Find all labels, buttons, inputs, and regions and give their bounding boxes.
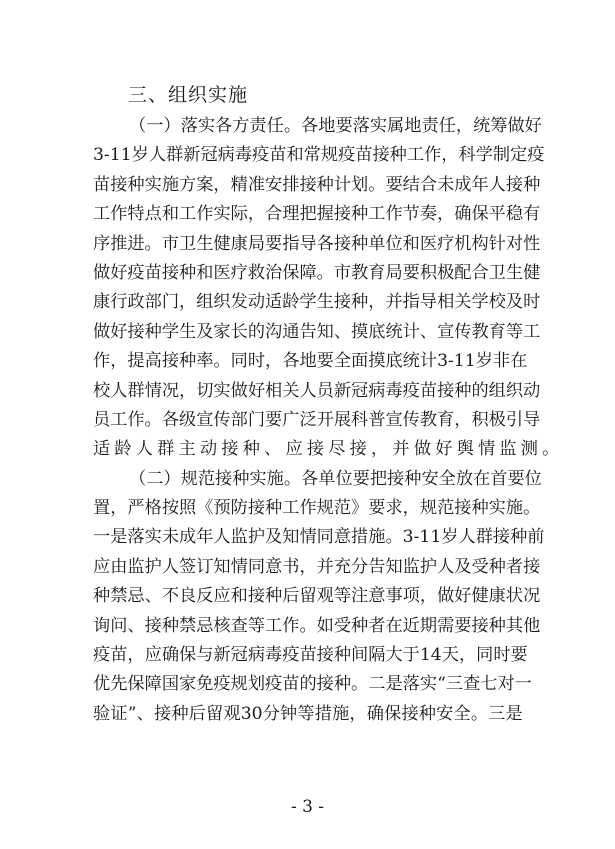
- text-line: 优先保障国家免疫规划疫苗的接种。二是落实“三查七对一: [93, 670, 523, 699]
- text-line: 种禁忌、不良反应和接种后留观等注意事项，做好健康状况: [93, 582, 523, 611]
- text-line: 做好接种学生及家长的沟通告知、摸底统计、宣传教育等工: [93, 318, 523, 347]
- text-line: 苗接种实施方案，精准安排接种计划。要结合未成年人接种: [93, 171, 523, 200]
- text-line: 3-11岁人群新冠病毒疫苗和常规疫苗接种工作，科学制定疫: [93, 141, 523, 170]
- text-line: 员工作。各级宣传部门要广泛开展科普宣传教育，积极引导: [93, 406, 523, 435]
- text-line: 询问、接种禁忌核查等工作。如受种者在近期需要接种其他: [93, 612, 523, 641]
- text-line: 校人群情况，切实做好相关人员新冠病毒疫苗接种的组织动: [93, 377, 523, 406]
- text-line: 康行政部门，组织发动适龄学生接种，并指导相关学校及时: [93, 288, 523, 317]
- text-line: 工作特点和工作实际，合理把握接种工作节奏，确保平稳有: [93, 200, 523, 229]
- text-line: （二）规范接种实施。各单位要把接种安全放在首要位: [93, 465, 523, 494]
- paragraph-standardize: （二）规范接种实施。各单位要把接种安全放在首要位 置，严格按照《预防接种工作规范…: [93, 465, 523, 730]
- text-line: 一是落实未成年人监护及知情同意措施。3-11岁人群接种前: [93, 523, 523, 552]
- paragraph-responsibility: （一）落实各方责任。各地要落实属地责任，统筹做好 3-11岁人群新冠病毒疫苗和常…: [93, 112, 523, 465]
- text-line: 置，严格按照《预防接种工作规范》要求，规范接种实施。: [93, 494, 523, 523]
- text-line: （一）落实各方责任。各地要落实属地责任，统筹做好: [93, 112, 523, 141]
- body-text: （一）落实各方责任。各地要落实属地责任，统筹做好 3-11岁人群新冠病毒疫苗和常…: [93, 112, 523, 729]
- text-line: 序推进。市卫生健康局要指导各接种单位和医疗机构针对性: [93, 230, 523, 259]
- text-line: 疫苗，应确保与新冠病毒疫苗接种间隔大于14天，同时要: [93, 641, 523, 670]
- text-line: 适龄人群主动接种、应接尽接，并做好舆情监测。: [93, 435, 523, 464]
- text-line: 应由监护人签订知情同意书，并充分告知监护人及受种者接: [93, 553, 523, 582]
- text-line: 作，提高接种率。同时，各地要全面摸底统计3-11岁非在: [93, 347, 523, 376]
- section-heading: 三、组织实施: [128, 80, 248, 107]
- page-number: - 3 -: [0, 797, 615, 817]
- text-line: 做好疫苗接种和医疗救治保障。市教育局要积极配合卫生健: [93, 259, 523, 288]
- text-line: 验证”、接种后留观30分钟等措施，确保接种安全。三是: [93, 700, 523, 729]
- document-page: 三、组织实施 （一）落实各方责任。各地要落实属地责任，统筹做好 3-11岁人群新…: [0, 0, 615, 849]
